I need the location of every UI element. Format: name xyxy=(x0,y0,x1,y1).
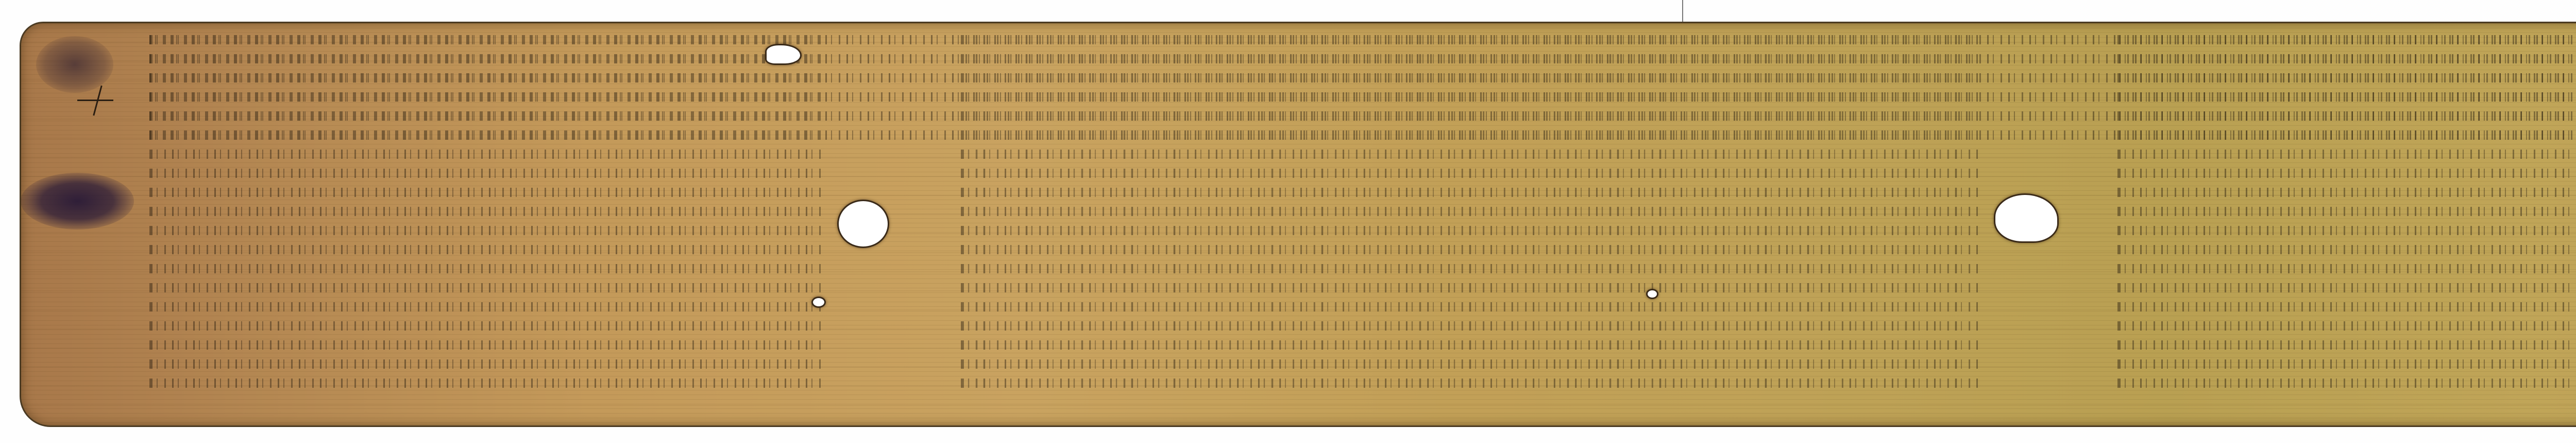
damage-hole xyxy=(765,44,802,65)
damage-hole xyxy=(1646,289,1658,299)
string-hole-left xyxy=(837,200,889,248)
handwritten-text-column-middle xyxy=(961,35,1980,396)
string-hole-right xyxy=(1994,193,2059,243)
manuscript-scan-page: 2 4 0 241 xyxy=(0,0,2576,443)
handwritten-text-column-left xyxy=(149,35,823,396)
damage-hole xyxy=(811,297,826,308)
handwritten-text-column-right xyxy=(2117,35,2576,396)
ink-stain-bottom-left xyxy=(21,173,134,229)
ink-stain-top-left xyxy=(36,36,113,93)
margin-mark-icon xyxy=(77,85,113,116)
